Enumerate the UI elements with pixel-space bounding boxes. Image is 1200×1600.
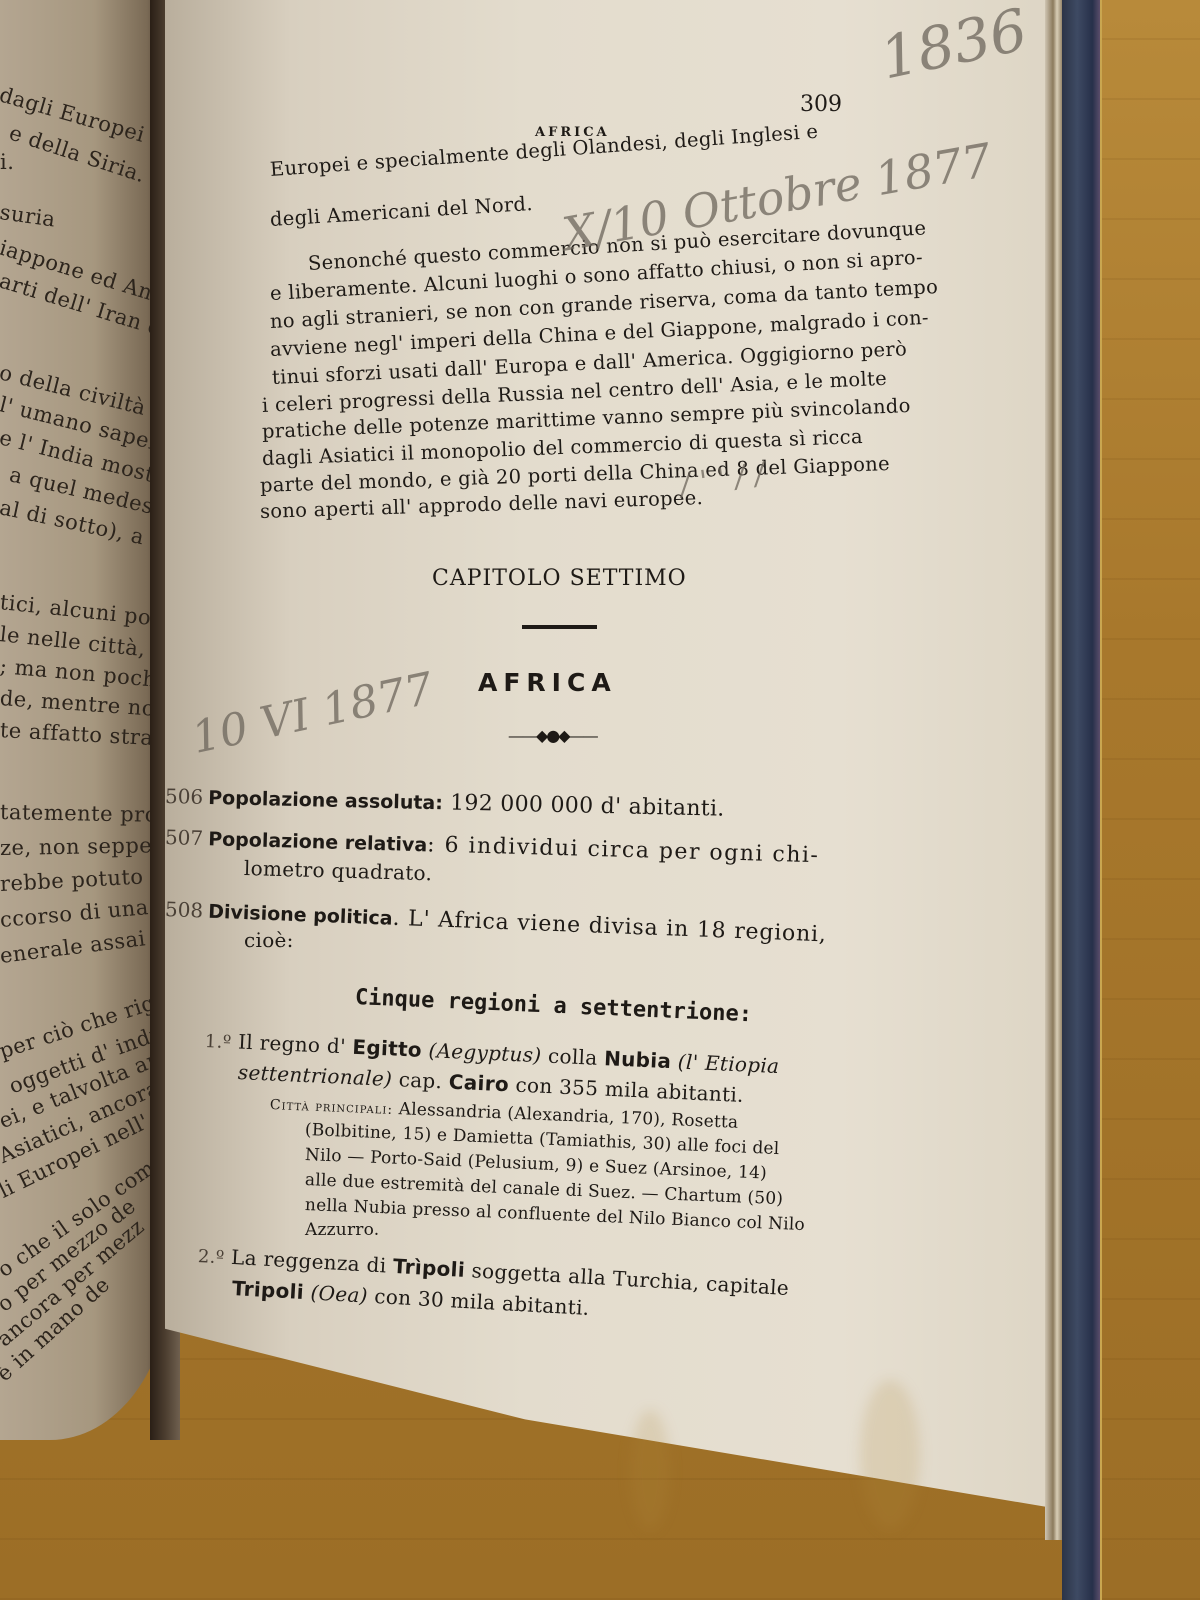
section-continuation: cioè: bbox=[244, 928, 294, 952]
left-page-line: rebbe potuto otte bbox=[0, 862, 170, 896]
page-number: 309 bbox=[800, 92, 842, 117]
cities-line: Azzurro. bbox=[305, 1220, 379, 1240]
capital-tripoli: Tripoli bbox=[231, 1276, 304, 1304]
left-page: dagli Europei della e della Siria. i. su… bbox=[0, 0, 170, 1440]
section-heading: Popolazione relativa bbox=[208, 828, 428, 856]
region-name-egitto: Egitto bbox=[352, 1035, 423, 1062]
section-heading: Popolazione assoluta: bbox=[208, 787, 443, 814]
latin-name: (l' Etiopia bbox=[671, 1049, 780, 1078]
left-page-line: suria bbox=[0, 200, 57, 232]
book-cover-edge bbox=[1062, 0, 1102, 1600]
region-number: 1.º bbox=[204, 1031, 231, 1053]
left-page-line: tatemente provvis bbox=[0, 800, 170, 828]
capital-cairo: Cairo bbox=[448, 1070, 509, 1097]
text-span: Il regno d' bbox=[238, 1030, 353, 1059]
paper-stain bbox=[860, 1380, 920, 1530]
region-number: 2.º bbox=[197, 1246, 225, 1268]
left-page-line: te affatto stranier bbox=[0, 718, 170, 752]
text-span: cap. bbox=[398, 1067, 449, 1093]
left-page-line: i. bbox=[0, 150, 14, 174]
region-name-nubia: Nubia bbox=[604, 1046, 672, 1073]
chapter-rule bbox=[522, 625, 597, 629]
chapter-title: AFRICA bbox=[478, 668, 617, 697]
region-name-tripoli: Trìpoli bbox=[392, 1254, 465, 1282]
section-number: 506 bbox=[165, 784, 204, 809]
section-number: 507 bbox=[165, 825, 204, 850]
left-page-line: ze, non seppe p bbox=[0, 833, 170, 860]
chapter-label: CAPITOLO SETTIMO bbox=[432, 566, 687, 591]
ornament-divider: ——◆●◆—— bbox=[508, 726, 597, 745]
latin-name: (Oea) bbox=[303, 1280, 375, 1308]
paper-stain bbox=[630, 1410, 670, 1530]
section-number: 508 bbox=[165, 897, 204, 922]
text-span: colla bbox=[548, 1044, 605, 1071]
